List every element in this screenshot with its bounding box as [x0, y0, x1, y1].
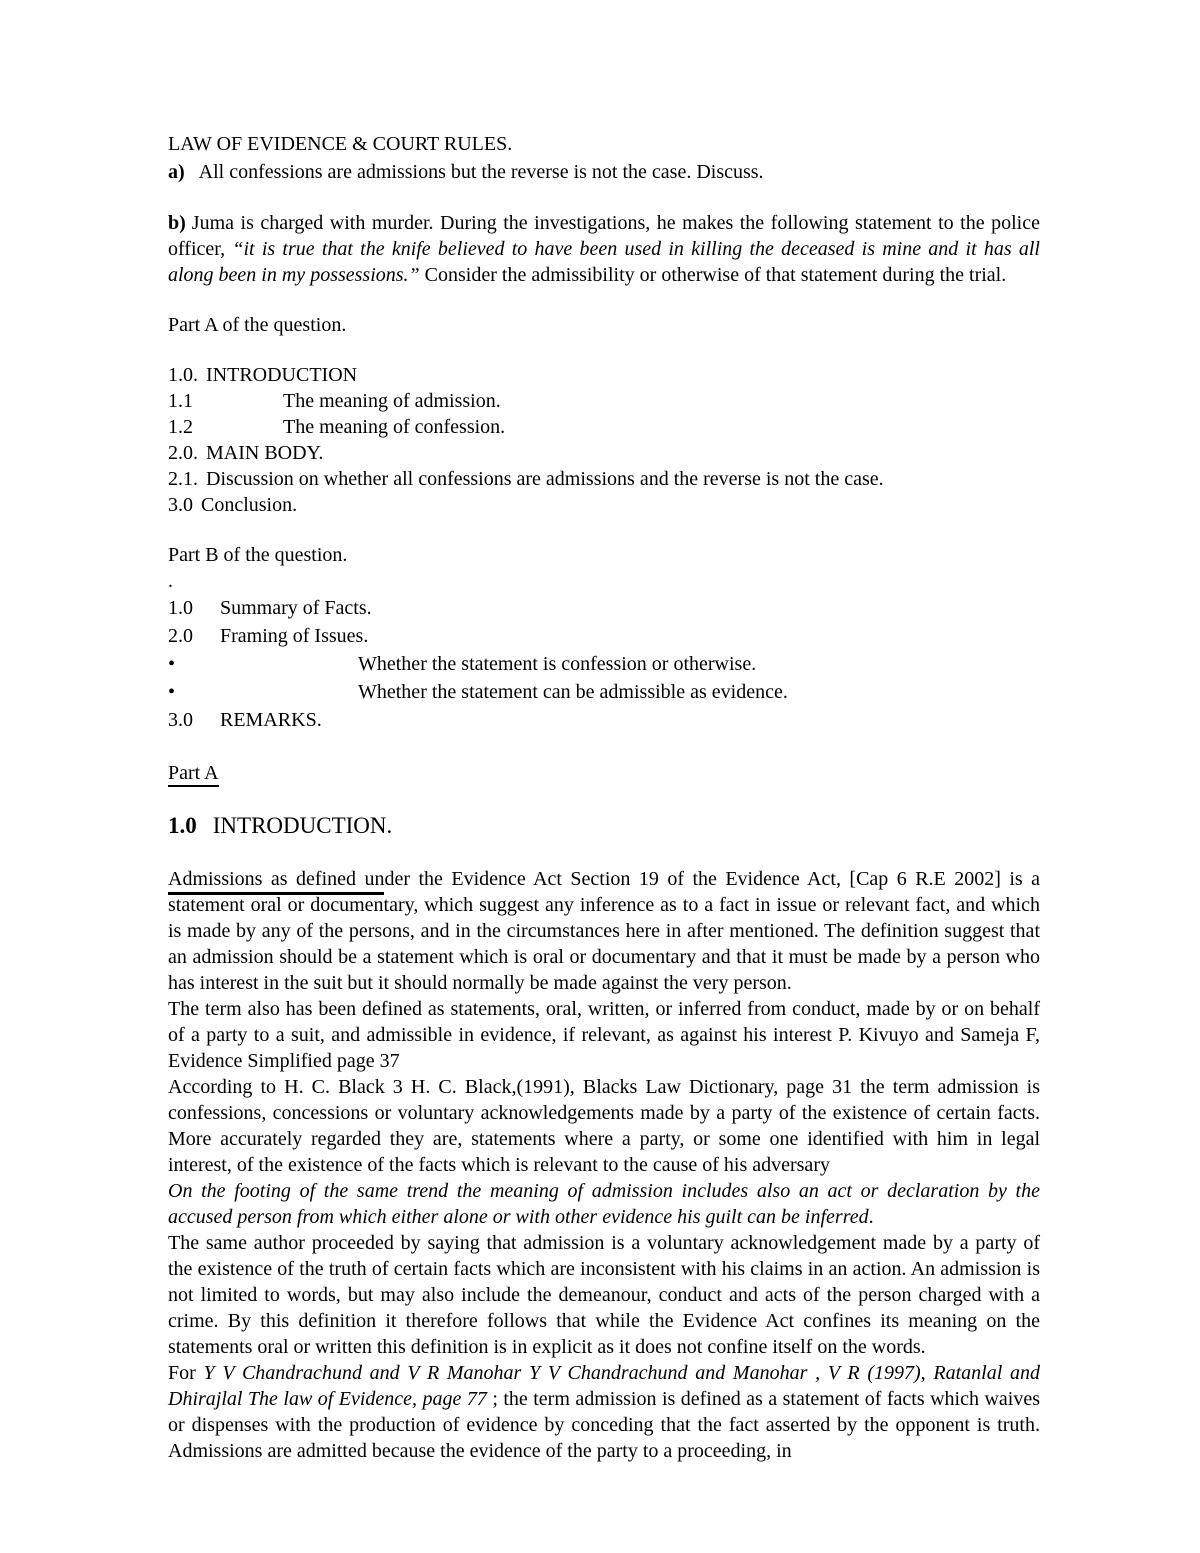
- outline-a-item-1: 1.0.INTRODUCTION: [168, 362, 1040, 388]
- paragraph-text: For: [168, 1362, 204, 1384]
- outline-a-item-3: 1.2The meaning of confession.: [168, 414, 1040, 440]
- outline-text: MAIN BODY.: [206, 442, 323, 464]
- question-a-text: All confessions are admissions but the r…: [199, 161, 764, 183]
- outline-part-a: 1.0.INTRODUCTION 1.1The meaning of admis…: [168, 362, 1040, 518]
- outline-b-item-3: 3.0REMARKS.: [168, 706, 1040, 734]
- question-b: b)Juma is charged with murder. During th…: [168, 210, 1040, 288]
- paragraph-text: .: [869, 1206, 874, 1228]
- italic-text: On the footing of the same trend the mea…: [168, 1180, 1040, 1228]
- outline-text: INTRODUCTION: [206, 364, 357, 386]
- outline-number: 1.0: [168, 594, 220, 622]
- outline-number: 2.1.: [168, 468, 198, 490]
- outline-b-bullet-1: •Whether the statement is confession or …: [168, 650, 1040, 678]
- stray-dot-line: .: [168, 568, 1040, 594]
- question-b-text-post: Consider the admissibility or otherwise …: [420, 264, 1007, 286]
- outline-text: Conclusion.: [201, 494, 297, 516]
- outline-a-item-2: 1.1The meaning of admission.: [168, 388, 1040, 414]
- introduction-heading: 1.0INTRODUCTION.: [168, 812, 1040, 840]
- part-a-question-heading: Part A of the question.: [168, 312, 1040, 338]
- outline-text: The meaning of admission.: [283, 390, 501, 412]
- underlined-phrase: Admissions as defined un: [168, 868, 384, 895]
- paragraph-chandrachund: For Y V Chandrachund and V R Manohar Y V…: [168, 1360, 1040, 1464]
- heading-text: INTRODUCTION.: [213, 813, 393, 838]
- paragraph-text: The term also has been defined as statem…: [168, 998, 1040, 1072]
- outline-text: Summary of Facts.: [220, 597, 372, 619]
- part-b-question-heading: Part B of the question.: [168, 542, 1040, 568]
- paragraph-admissions-definition: Admissions as defined under the Evidence…: [168, 866, 1040, 996]
- outline-a-item-6: 3.0Conclusion.: [168, 492, 1040, 518]
- bullet-icon: •: [168, 650, 358, 678]
- outline-number: 1.1: [168, 388, 283, 414]
- paragraph-term-defined: The term also has been defined as statem…: [168, 996, 1040, 1074]
- outline-a-item-4: 2.0.MAIN BODY.: [168, 440, 1040, 466]
- part-a-section-label: Part A: [168, 760, 1040, 786]
- outline-b-bullet-2: •Whether the statement can be admissible…: [168, 678, 1040, 706]
- question-b-label: b): [168, 212, 186, 234]
- bullet-text: Whether the statement is confession or o…: [358, 653, 756, 675]
- bullet-icon: •: [168, 678, 358, 706]
- outline-number: 3.0: [168, 494, 193, 516]
- outline-text: Discussion on whether all confessions ar…: [206, 468, 884, 490]
- outline-a-item-5: 2.1.Discussion on whether all confession…: [168, 466, 1040, 492]
- paragraph-text: The same author proceeded by saying that…: [168, 1232, 1040, 1358]
- paragraph-text: According to H. C. Black 3 H. C. Black,(…: [168, 1076, 1040, 1176]
- outline-text: Framing of Issues.: [220, 625, 368, 647]
- outline-part-b: 1.0Summary of Facts. 2.0Framing of Issue…: [168, 594, 1040, 734]
- body-text: Admissions as defined under the Evidence…: [168, 866, 1040, 1464]
- document-title: LAW OF EVIDENCE & COURT RULES.: [168, 130, 1040, 158]
- outline-b-item-1: 1.0Summary of Facts.: [168, 594, 1040, 622]
- document-page: LAW OF EVIDENCE & COURT RULES. a)All con…: [0, 0, 1200, 1553]
- outline-text: REMARKS.: [220, 709, 322, 731]
- question-a: a)All confessions are admissions but the…: [168, 158, 1040, 186]
- outline-number: 3.0: [168, 706, 220, 734]
- outline-number: 1.0.: [168, 364, 198, 386]
- heading-number: 1.0: [168, 813, 197, 838]
- part-a-underlined-text: Part A: [168, 762, 219, 787]
- paragraph-same-author: The same author proceeded by saying that…: [168, 1230, 1040, 1360]
- bullet-text: Whether the statement can be admissible …: [358, 681, 788, 703]
- outline-number: 2.0.: [168, 442, 198, 464]
- outline-number: 2.0: [168, 622, 220, 650]
- paragraph-blacks-law: According to H. C. Black 3 H. C. Black,(…: [168, 1074, 1040, 1178]
- paragraph-footing-italic: On the footing of the same trend the mea…: [168, 1178, 1040, 1230]
- question-a-label: a): [168, 161, 185, 183]
- outline-text: The meaning of confession.: [283, 416, 505, 438]
- outline-number: 1.2: [168, 414, 283, 440]
- outline-b-item-2: 2.0Framing of Issues.: [168, 622, 1040, 650]
